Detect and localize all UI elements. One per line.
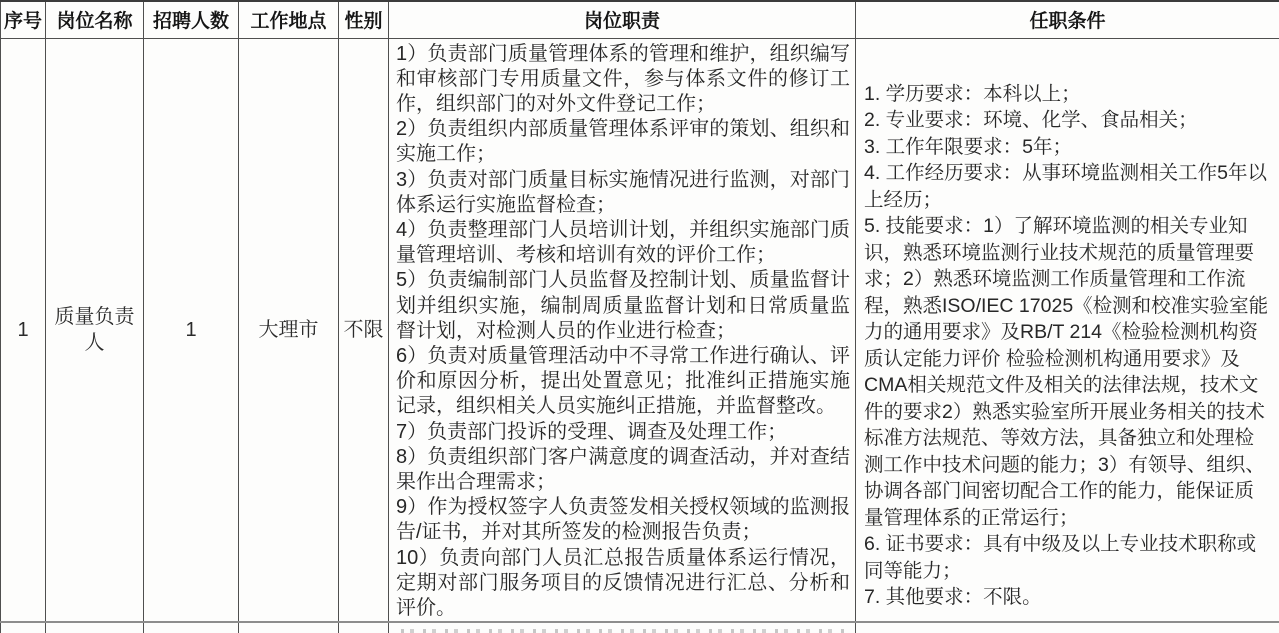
clipped-cell xyxy=(46,622,144,633)
clipped-cell xyxy=(856,622,1279,633)
cell-headcount: 1 xyxy=(144,38,239,622)
responsibility-item: 8）负责组织部门客户满意度的调查活动，并对查结果作出合理需求； xyxy=(396,445,850,495)
cell-gender: 不限 xyxy=(339,38,389,622)
header-work-location: 工作地点 xyxy=(239,1,339,38)
qualification-item: 4. 工作经历要求：从事环境监测相关工作5年以上经历； xyxy=(864,160,1273,213)
header-headcount: 招聘人数 xyxy=(144,1,239,38)
responsibility-item: 7）负责部门投诉的受理、调查及处理工作； xyxy=(396,420,850,445)
clipped-cell xyxy=(239,622,339,633)
header-job-responsibilities: 岗位职责 xyxy=(389,1,856,38)
cell-serial-number: 1 xyxy=(1,38,46,622)
qualification-item: 7. 其他要求：不限。 xyxy=(864,584,1273,611)
clipped-cell-with-cutoff-text xyxy=(389,622,856,633)
header-serial-number: 序号 xyxy=(1,1,46,38)
responsibility-item: 4）负责整理部门人员培训计划，并组织实施部门质量管理培训、考核和培训有效的评价工… xyxy=(396,218,850,268)
cell-position-name: 质量负责人 xyxy=(46,38,144,622)
job-positions-table: 序号 岗位名称 招聘人数 工作地点 性别 岗位职责 任职条件 1 质量负责人 1… xyxy=(0,0,1279,633)
page: 序号 岗位名称 招聘人数 工作地点 性别 岗位职责 任职条件 1 质量负责人 1… xyxy=(0,0,1279,633)
cell-job-responsibilities: 1）负责部门质量管理体系的管理和维护，组织编写和审核部门专用质量文件，参与体系文… xyxy=(389,38,856,622)
cell-qualifications: 1. 学历要求：本科以上； 2. 专业要求：环境、化学、食品相关； 3. 工作年… xyxy=(856,38,1279,622)
responsibility-item: 9）作为授权签字人负责签发相关授权领域的监测报告/证书，并对其所签发的检测报告负… xyxy=(396,495,850,545)
qualification-item: 2. 专业要求：环境、化学、食品相关； xyxy=(864,107,1273,134)
responsibility-item: 1）负责部门质量管理体系的管理和维护，组织编写和审核部门专用质量文件，参与体系文… xyxy=(396,42,850,118)
qualification-item: 6. 证书要求：具有中级及以上专业技术职称或同等能力； xyxy=(864,531,1273,584)
qualification-item: 1. 学历要求：本科以上； xyxy=(864,81,1273,108)
clipped-next-row xyxy=(1,622,1279,633)
responsibility-item: 10）负责向部门人员汇总报告质量体系运行情况，定期对部门服务项目的反馈情况进行汇… xyxy=(396,546,850,622)
clipped-cell xyxy=(1,622,46,633)
clipped-cell xyxy=(144,622,239,633)
qualification-item: 5. 技能要求：1）了解环境监测的相关专业知识，熟悉环境监测行业技术规范的质量管… xyxy=(864,213,1273,531)
table-row: 1 质量负责人 1 大理市 不限 1）负责部门质量管理体系的管理和维护，组织编写… xyxy=(1,38,1279,622)
qualification-item: 3. 工作年限要求：5年； xyxy=(864,134,1273,161)
responsibility-item: 3）负责对部门质量目标实施情况进行监测，对部门体系运行实施监督检查； xyxy=(396,168,850,218)
clipped-cell xyxy=(339,622,389,633)
header-gender: 性别 xyxy=(339,1,389,38)
cutoff-text-fragment xyxy=(401,629,845,633)
table-header-row: 序号 岗位名称 招聘人数 工作地点 性别 岗位职责 任职条件 xyxy=(1,1,1279,38)
header-position-name: 岗位名称 xyxy=(46,1,144,38)
header-qualifications: 任职条件 xyxy=(856,1,1279,38)
responsibility-item: 6）负责对质量管理活动中不寻常工作进行确认、评价和原因分析，提出处置意见；批准纠… xyxy=(396,344,850,420)
responsibility-item: 5）负责编制部门人员监督及控制计划、质量监督计划并组织实施，编制周质量监督计划和… xyxy=(396,268,850,344)
cell-work-location: 大理市 xyxy=(239,38,339,622)
responsibility-item: 2）负责组织内部质量管理体系评审的策划、组织和实施工作； xyxy=(396,117,850,167)
